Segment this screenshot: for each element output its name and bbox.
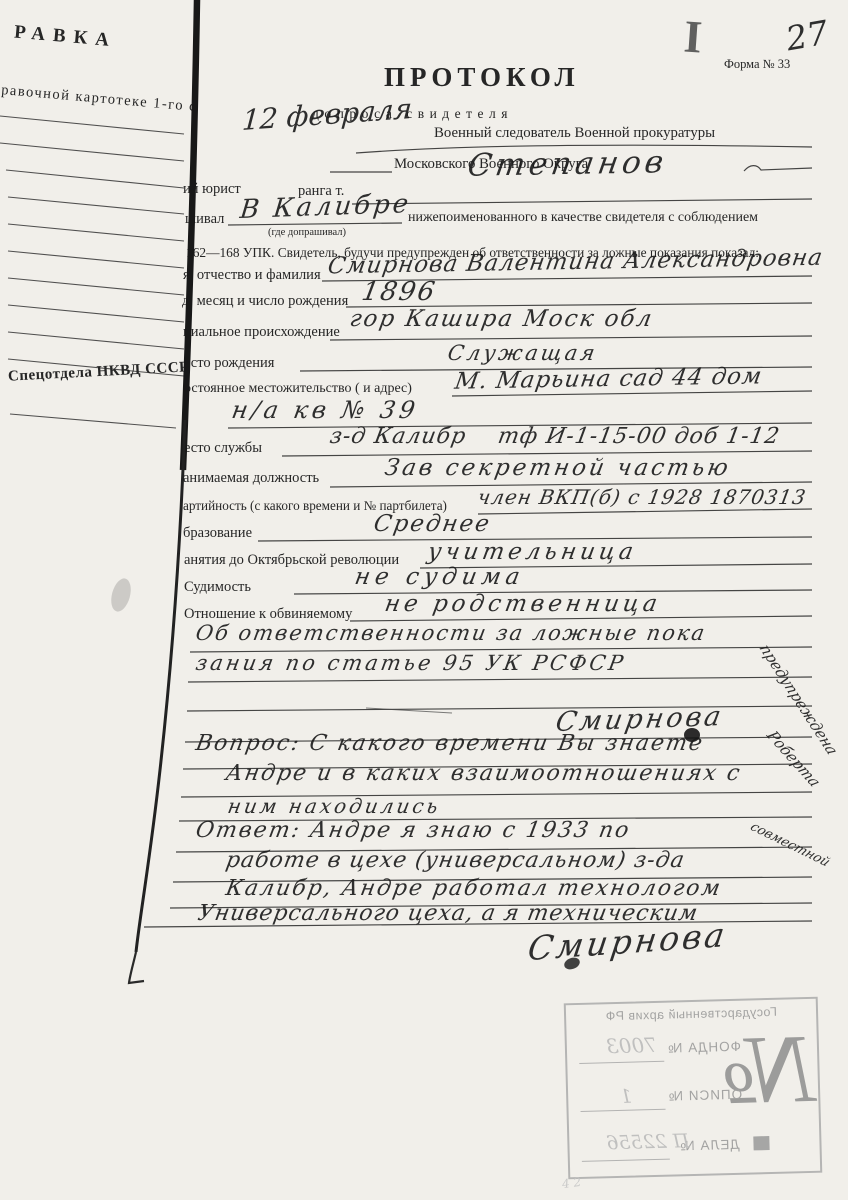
page-edge-line: [0, 0, 848, 1200]
protocol-scan-page: РАВКА равочной картотеке 1-го с Спецотде…: [0, 0, 848, 1200]
